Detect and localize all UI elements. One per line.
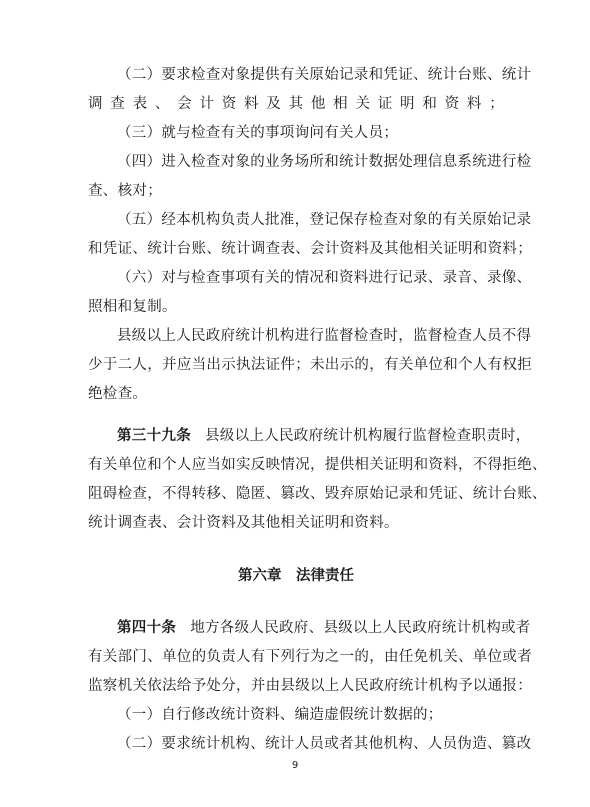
paragraph-line: （三）就与检查有关的事项询问有关人员； <box>117 123 398 143</box>
paragraph-line: （五）经本机构负责人批准，登记保存检查对象的有关原始记录 <box>117 210 504 230</box>
paragraph-line: 照相和复制。 <box>88 297 177 317</box>
article-text: 县级以上人民政府统计机构履行监督检查职责时， <box>205 428 531 444</box>
paragraph-line: （二）要求检查对象提供有关原始记录和凭证、统计台账、统计 <box>117 65 504 85</box>
paragraph-line: （二）要求统计机构、统计人员或者其他机构、人员伪造、篡改 <box>117 734 504 754</box>
page-number: 9 <box>0 760 590 771</box>
paragraph-line: 和凭证、统计台账、统计调查表、会计资料及其他相关证明和资料； <box>88 239 504 259</box>
article-number: 第三十九条 <box>117 428 191 444</box>
paragraph-line: 统计调查表、会计资料及其他相关证明和资料。 <box>88 513 399 533</box>
article-first-line: 第四十条地方各级人民政府、县级以上人民政府统计机构或者 <box>117 618 531 638</box>
paragraph-line: 县级以上人民政府统计机构进行监督检查时，监督检查人员不得 <box>117 326 504 346</box>
paragraph-line: （四）进入检查对象的业务场所和统计数据处理信息系统进行检 <box>117 152 504 172</box>
chapter-heading: 第六章 法律责任 <box>88 566 504 586</box>
paragraph-line: 有关单位和个人应当如实反映情况，提供相关证明和资料，不得拒绝、 <box>88 455 504 475</box>
paragraph-line: 阻碍检查，不得转移、隐匿、篡改、毁弃原始记录和凭证、统计台账、 <box>88 484 504 504</box>
paragraph-line: 少于二人，并应当出示执法证件；未出示的，有关单位和个人有权拒 <box>88 355 504 375</box>
article-first-line: 第三十九条县级以上人民政府统计机构履行监督检查职责时， <box>117 426 531 446</box>
paragraph-line: 监察机关依法给予处分，并由县级以上人民政府统计机构予以通报： <box>88 676 504 696</box>
paragraph-line: （六）对与检查事项有关的情况和资料进行记录、录音、录像、 <box>117 268 504 288</box>
paragraph-line: 查、核对； <box>88 181 162 201</box>
paragraph-line: 调查表、会计资料及其他相关证明和资料； <box>88 94 504 114</box>
paragraph-line: （一）自行修改统计资料、编造虚假统计数据的； <box>117 705 443 725</box>
paragraph-line: 有关部门、单位的负责人有下列行为之一的，由任免机关、单位或者 <box>88 647 504 667</box>
article-number: 第四十条 <box>117 620 176 636</box>
article-text: 地方各级人民政府、县级以上人民政府统计机构或者 <box>190 620 530 636</box>
paragraph-line: 绝检查。 <box>88 384 147 404</box>
